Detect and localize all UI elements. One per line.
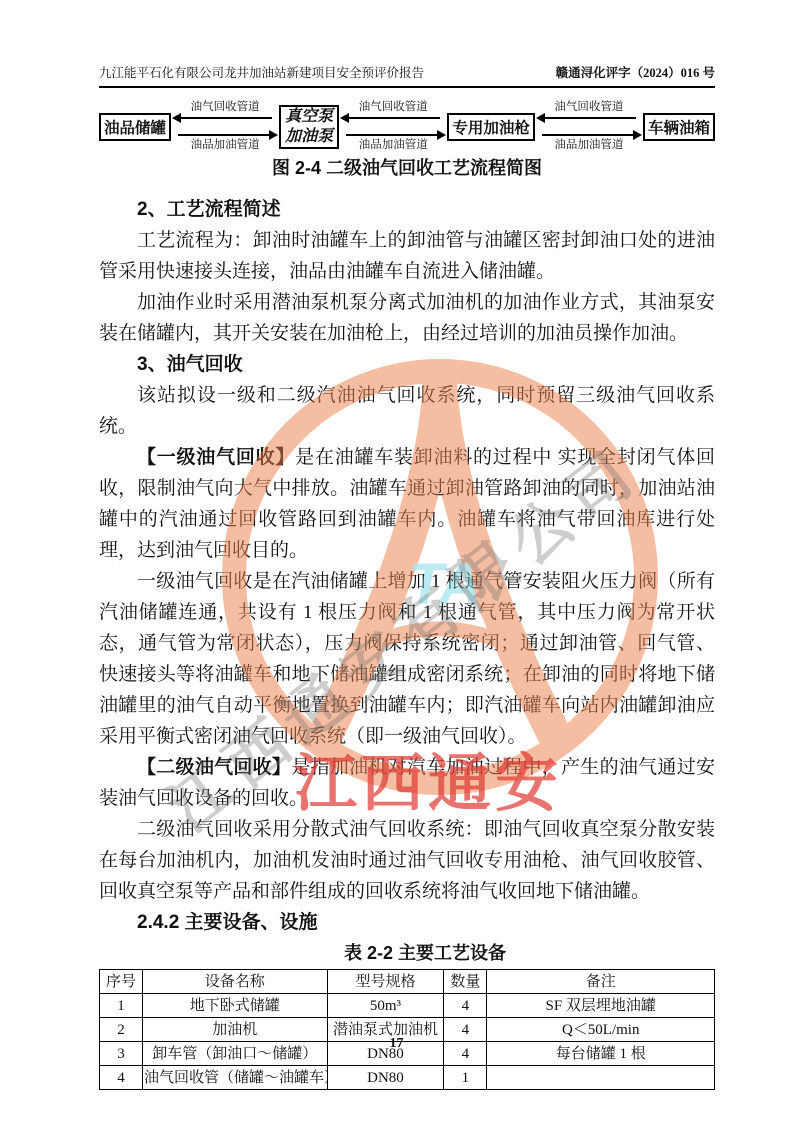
arrow-left [346,117,440,119]
table-cell: 4 [100,1066,143,1090]
table-cell: DN80 [327,1066,444,1090]
table-cell: 1 [444,1066,487,1090]
table-cell [487,1066,715,1090]
arrow-right [542,134,636,136]
paragraph-stage1-def: 【一级油气回收】是在油罐车装卸油料的过程中 实现全封闭气体回收，限制油气向大气中… [99,442,715,566]
paragraph-fueling: 加油作业时采用潜油泵机泵分离式加油机的加油作业方式，其油泵安装在储罐内，其开关安… [99,287,715,349]
pipe-label-fueling: 油品加油管道 [535,139,643,152]
arrow-left [178,117,272,119]
flow-box-pumps: 真空泵 加油泵 [279,105,339,149]
flow-box-vehicle-tank: 车辆油箱 [643,113,715,141]
stage2-term: 【二级油气回收】 [137,757,291,778]
paragraph-unloading: 工艺流程为：卸油时油罐车上的卸油管与油罐区密封卸油口处的进油管采用快速接头连接，… [99,225,715,287]
table-row: 1 地下卧式储罐 50m³ 4 SF 双层埋地油罐 [100,994,715,1018]
page-header: 九江能平石化有限公司龙井加油站新建项目安全预评价报告 赣通浔化评字（2024）0… [99,63,715,88]
col-header-equipment: 设备名称 [143,970,328,994]
header-doc-number: 赣通浔化评字（2024）016 号 [556,63,715,81]
pipe-label-vapor-recovery: 油气回收管道 [339,101,447,114]
heading-process-brief: 2、工艺流程简述 [99,194,715,225]
pipe-label-vapor-recovery: 油气回收管道 [171,101,279,114]
arrow-left [542,117,636,119]
process-flow-diagram: 油品储罐 油气回收管道 油品加油管道 真空泵 加油泵 油气回收管道 油品加油管道… [99,101,715,152]
table-cell: 地下卧式储罐 [143,994,328,1018]
pipe-label-fueling: 油品加油管道 [339,139,447,152]
heading-vapor-recovery: 3、油气回收 [99,349,715,380]
table-cell: 油气回收管（储罐～油罐车） [143,1066,328,1090]
arrow-right [346,134,440,136]
page-number: 17 [0,1036,793,1052]
heading-main-equipment: 2.4.2 主要设备、设施 [99,907,715,938]
arrow-right [178,134,272,136]
flow-box-storage-tank: 油品储罐 [99,113,171,141]
flow-connector-3: 油气回收管道 油品加油管道 [535,101,643,152]
table-title: 表 2-2 主要工艺设备 [99,938,715,969]
figure-caption: 图 2-4 二级油气回收工艺流程简图 [99,154,715,180]
flow-connector-1: 油气回收管道 油品加油管道 [171,101,279,152]
document-page: 九江能平石化有限公司龙井加油站新建项目安全预评价报告 赣通浔化评字（2024）0… [0,0,793,1122]
col-header-index: 序号 [100,970,143,994]
flow-connector-2: 油气回收管道 油品加油管道 [339,101,447,152]
table-cell: 1 [100,994,143,1018]
table-cell: 4 [444,994,487,1018]
table-header-row: 序号 设备名称 型号规格 数量 备注 [100,970,715,994]
col-header-remark: 备注 [487,970,715,994]
table-cell: SF 双层埋地油罐 [487,994,715,1018]
flow-box-pumps-line1: 真空泵 [285,107,333,127]
stage1-term: 【一级油气回收】 [137,447,295,468]
table-cell: 50m³ [327,994,444,1018]
flow-box-fuel-nozzle: 专用加油枪 [447,113,535,141]
paragraph-stage2-def: 【二级油气回收】是指加油机对汽车加油过程中，产生的油气通过安装油气回收设备的回收… [99,752,715,814]
col-header-qty: 数量 [444,970,487,994]
pipe-label-fueling: 油品加油管道 [171,139,279,152]
body-text: 2、工艺流程简述 工艺流程为：卸油时油罐车上的卸油管与油罐区密封卸油口处的进油管… [99,194,715,1090]
equipment-table: 序号 设备名称 型号规格 数量 备注 1 地下卧式储罐 50m³ 4 SF 双层… [99,969,715,1090]
paragraph-stage1-detail: 一级油气回收是在汽油储罐上增加 1 根通气管安装阻火压力阀（所有汽油储罐连通，共… [99,566,715,752]
paragraph-system-plan: 该站拟设一级和二级汽油油气回收系统，同时预留三级油气回收系统。 [99,380,715,442]
flow-box-pumps-line2: 加油泵 [285,127,333,147]
table-row: 4 油气回收管（储罐～油罐车） DN80 1 [100,1066,715,1090]
col-header-model: 型号规格 [327,970,444,994]
pipe-label-vapor-recovery: 油气回收管道 [535,101,643,114]
paragraph-stage2-detail: 二级油气回收采用分散式油气回收系统：即油气回收真空泵分散安装在每台加油机内，加油… [99,814,715,907]
header-report-title: 九江能平石化有限公司龙井加油站新建项目安全预评价报告 [99,63,424,81]
